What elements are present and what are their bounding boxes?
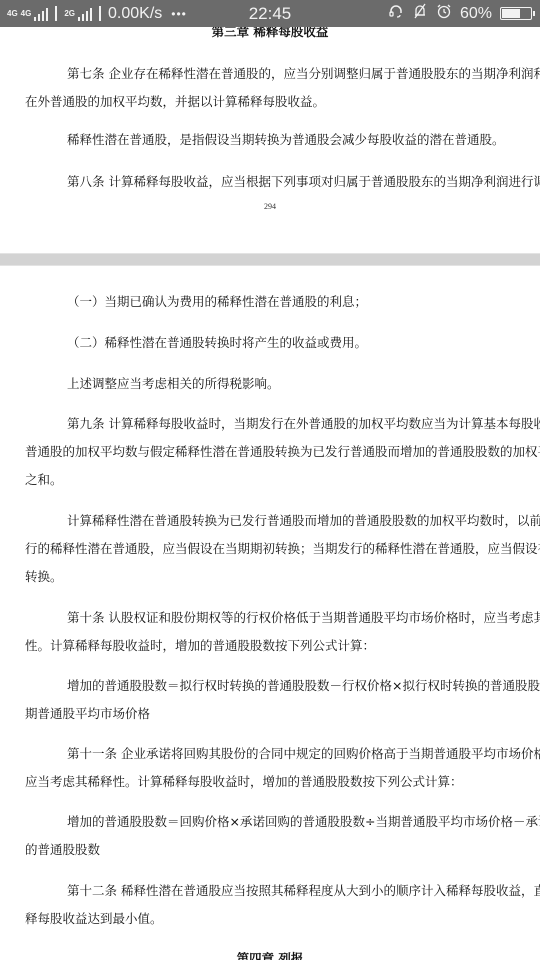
paragraph-line: 之和。: [25, 472, 63, 488]
more-icon: •••: [171, 7, 187, 21]
document-page-294: 第三章 稀释每股收益 第七条 企业存在稀释性潜在普通股的，应当分别调整归属于普通…: [0, 27, 540, 253]
paragraph-line: 性。计算稀释每股收益时，增加的普通股股数按下列公式计算：: [25, 638, 375, 654]
paragraph-line: 应当考虑其稀释性。计算稀释每股收益时，增加的普通股股数按下列公式计算：: [25, 774, 463, 790]
formula-line: 增加的普通股股数＝回购价格×承诺回购的普通股股数÷当期普通股平均市场价格－承诺回…: [67, 814, 540, 830]
formula-line: 的普通股股数: [25, 842, 100, 858]
separator: [55, 6, 57, 21]
bell-off-icon: [412, 3, 428, 24]
paragraph-line: 在外普通股的加权平均数，并据以计算稀释每股收益。: [25, 94, 325, 110]
paragraph-line: 第十条 认股权证和股份期权等的行权价格低于当期普通股平均市场价格时，应当考虑其稀…: [67, 610, 540, 626]
paragraph-line: 上述调整应当考虑相关的所得税影响。: [67, 376, 280, 392]
paragraph-line: 第七条 企业存在稀释性潜在普通股的，应当分别调整归属于普通股股东的当期净利润和发…: [67, 66, 540, 82]
paragraph-line: 转换。: [25, 569, 63, 585]
network-type-4g-secondary: 4G: [21, 10, 32, 18]
page-divider: [0, 253, 540, 266]
paragraph-line: 第十一条 企业承诺将回购其股份的合同中规定的回购价格高于当期普通股平均市场价格时…: [67, 746, 540, 762]
headset-icon: [388, 3, 404, 24]
paragraph-line: 第八条 计算稀释每股收益，应当根据下列事项对归属于普通股股东的当期净利润进行调整…: [67, 174, 540, 190]
paragraph-line: 释每股收益达到最小值。: [25, 911, 163, 927]
separator: [99, 6, 101, 21]
paragraph-line: 普通股的加权平均数与假定稀释性潜在普通股转换为已发行普通股而增加的普通股股数的加…: [25, 444, 540, 460]
alarm-icon: [436, 3, 452, 24]
network-type-2g: 2G: [64, 10, 75, 18]
list-item: （二）稀释性潜在普通股转换时将产生的收益或费用。: [67, 335, 367, 351]
network-type-4g: 4G: [7, 10, 18, 18]
document-page-295: （一）当期已确认为费用的稀释性潜在普通股的利息； （二）稀释性潜在普通股转换时将…: [0, 266, 540, 960]
paragraph-line: 第十二条 稀释性潜在普通股应当按照其稀释程度从大到小的顺序计入稀释每股收益，直至…: [67, 883, 540, 899]
battery-icon: [500, 7, 532, 20]
list-item: （一）当期已确认为费用的稀释性潜在普通股的利息；: [67, 294, 367, 310]
page-number: 294: [0, 199, 540, 215]
status-bar: 4G 4G 2G 0.00K/s ••• 22:45 60%: [0, 0, 540, 27]
paragraph-line: 第九条 计算稀释每股收益时，当期发行在外普通股的加权平均数应当为计算基本每股收益…: [67, 416, 540, 432]
status-left: 4G 4G 2G 0.00K/s •••: [0, 5, 187, 23]
paragraph-line: 计算稀释性潜在普通股转换为已发行普通股而增加的普通股股数的加权平均数时，以前期间…: [67, 513, 540, 529]
status-right: 60%: [388, 3, 540, 24]
network-speed: 0.00K/s: [108, 5, 162, 23]
signal-icon-2: [78, 7, 92, 21]
signal-icon: [34, 7, 48, 21]
battery-percent: 60%: [460, 5, 492, 23]
next-chapter-title: 第四章 列报: [0, 951, 540, 960]
paragraph-line: 稀释性潜在普通股，是指假设当期转换为普通股会减少每股收益的潜在普通股。: [67, 132, 505, 148]
paragraph-line: 行的稀释性潜在普通股，应当假设在当期期初转换；当期发行的稀释性潜在普通股，应当假…: [25, 541, 540, 557]
formula-line: 增加的普通股股数＝拟行权时转换的普通股股数－行权价格×拟行权时转换的普通股股数÷…: [67, 678, 540, 694]
formula-line: 期普通股平均市场价格: [25, 706, 150, 722]
